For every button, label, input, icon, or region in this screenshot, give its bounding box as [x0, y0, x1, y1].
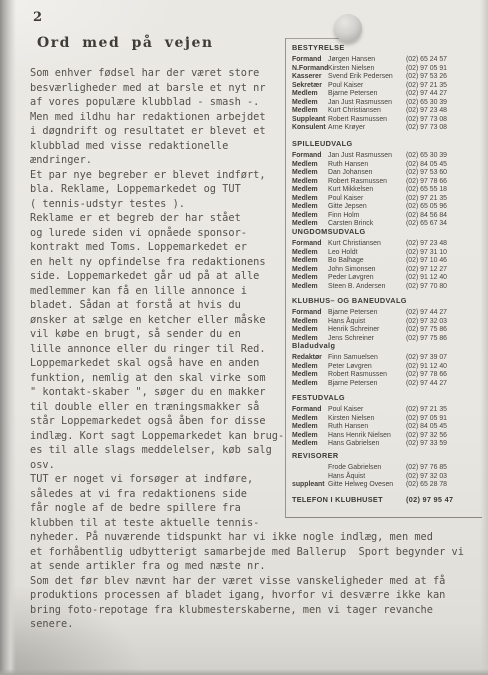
member-phone: (02) 97 32 03 [406, 473, 476, 482]
member-role: Medlem [292, 432, 328, 441]
member-row: FormandKurt Christiansen(02) 97 23 48 [292, 240, 476, 249]
member-name: Hans Åquist [328, 473, 406, 482]
member-name: Ruth Hansen [328, 161, 406, 170]
member-row: MedlemRuth Hansen(02) 84 05 45 [292, 423, 476, 432]
member-name: Finn Samuelsen [328, 354, 406, 363]
member-role [292, 473, 328, 482]
member-row: MedlemRobert Rasmussen(02) 97 78 66 [292, 178, 476, 187]
member-role: Medlem [292, 99, 328, 108]
member-name: Poul Kaiser [328, 406, 406, 415]
member-row: MedlemPoul Kaiser(02) 97 21 35 [292, 195, 476, 204]
member-row: N.FormandKirsten Nielsen(02) 97 05 91 [292, 65, 476, 74]
member-name: Finn Holm [328, 212, 406, 221]
member-row: MedlemHenrik Schreiner(02) 97 75 86 [292, 326, 476, 335]
member-phone: (02) 84 05 45 [406, 161, 476, 170]
member-phone: (02) 97 70 80 [406, 283, 476, 292]
member-row: MedlemHans Åquist(02) 97 32 03 [292, 318, 476, 327]
member-role [292, 464, 328, 473]
member-role: Sekretær [292, 82, 328, 91]
member-name: Kurt Christiansen [328, 240, 406, 249]
member-row: FormandJan Just Rasmussen(02) 65 30 39 [292, 152, 476, 161]
member-role: Formand [292, 406, 328, 415]
member-phone: (02) 97 53 60 [406, 169, 476, 178]
member-name: Arne Krøyer [328, 124, 406, 133]
section-title: KLUBHUS– OG BANEUDVALG [292, 296, 476, 305]
member-role: Medlem [292, 203, 328, 212]
member-phone: (02) 97 21 35 [406, 195, 476, 204]
member-phone: (02) 97 73 08 [406, 124, 476, 133]
member-phone: (02) 97 12 27 [406, 266, 476, 275]
member-phone: (02) 97 78 66 [406, 178, 476, 187]
member-name: Dan Johansen [328, 169, 406, 178]
member-row: MedlemRobert Rasmussen(02) 97 78 66 [292, 371, 476, 380]
member-row: MedlemBjarne Petersen(02) 97 44 27 [292, 90, 476, 99]
member-name: Svend Erik Pedersen [328, 73, 406, 82]
member-row: FormandPoul Kaiser(02) 97 21 35 [292, 406, 476, 415]
directory-section: FESTUDVALGFormandPoul Kaiser(02) 97 21 3… [292, 393, 476, 449]
article-line: klubben til at teste aktuelle tennis- [30, 517, 480, 532]
member-name: Ruth Hansen [328, 423, 406, 432]
member-phone: (02) 65 30 39 [406, 152, 476, 161]
member-row: MedlemJan Just Rasmussen(02) 65 30 39 [292, 99, 476, 108]
directory-section: REVISORERFrode Gabrielsen(02) 97 76 85Ha… [292, 451, 476, 490]
member-row: SuppleantRobert Rasmussen(02) 97 73 08 [292, 116, 476, 125]
member-role: Medlem [292, 274, 328, 283]
article-line: et forhåbentlig udbytterigt samarbejde m… [30, 546, 480, 561]
directory-section: SPILLEUDVALGFormandJan Just Rasmussen(02… [292, 139, 476, 229]
member-row: MedlemFinn Holm(02) 84 56 84 [292, 212, 476, 221]
section-title: Bladudvalg [292, 341, 476, 350]
member-phone: (02) 65 05 96 [406, 203, 476, 212]
member-name: Poul Kaiser [328, 195, 406, 204]
member-row: MedlemDan Johansen(02) 97 53 60 [292, 169, 476, 178]
member-name: Jørgen Hansen [328, 56, 406, 65]
member-row: MedlemGitte Jepsen(02) 65 05 96 [292, 203, 476, 212]
article-line: nyheder. På nuværende tidspunkt har vi i… [30, 531, 480, 546]
member-phone: (02) 97 32 56 [406, 432, 476, 441]
directory-section: BladudvalgRedaktørFinn Samuelsen(02) 97 … [292, 341, 476, 388]
member-row: MedlemBjarne Petersen(02) 97 44 27 [292, 380, 476, 389]
member-phone: (02) 97 05 91 [406, 65, 476, 74]
member-name: Kirsten Nielsen [328, 65, 406, 74]
member-role: Medlem [292, 415, 328, 424]
member-row: MedlemKirsten Nielsen(02) 97 05 91 [292, 415, 476, 424]
member-phone: (02) 97 39 07 [406, 354, 476, 363]
section-title: REVISORER [292, 451, 476, 460]
member-name: Frode Gabrielsen [328, 464, 406, 473]
member-role: Medlem [292, 257, 328, 266]
member-name: Bjarne Petersen [328, 309, 406, 318]
member-name: Robert Rasmussen [328, 371, 406, 380]
member-row: MedlemHans Gabrielsen(02) 97 33 59 [292, 440, 476, 449]
member-phone: (02) 91 12 40 [406, 274, 476, 283]
member-row: MedlemLeo Holdt(02) 97 31 10 [292, 249, 476, 258]
article-line: produktions processen af bladet igang, h… [30, 589, 480, 604]
article-line: senere. [30, 618, 480, 633]
member-name: Peter Løvgren [328, 363, 406, 372]
clubhouse-phone-label: TELEFON I KLUBHUSET [292, 495, 406, 504]
member-row: MedlemBo Balhage(02) 97 10 46 [292, 257, 476, 266]
member-row: FormandBjarne Petersen(02) 97 44 27 [292, 309, 476, 318]
member-phone: (02) 84 05 45 [406, 423, 476, 432]
member-phone: (02) 97 78 66 [406, 371, 476, 380]
member-role: Konsulent [292, 124, 328, 133]
member-phone: (02) 97 31 10 [406, 249, 476, 258]
clubhouse-phone-number: (02) 97 95 47 [406, 495, 476, 504]
section-title: UNGDOMSUDVALG [292, 227, 476, 236]
member-phone: (02) 65 24 57 [406, 56, 476, 65]
member-row: Hans Åquist(02) 97 32 03 [292, 473, 476, 482]
member-row: Frode Gabrielsen(02) 97 76 85 [292, 464, 476, 473]
member-name: Bo Balhage [328, 257, 406, 266]
directory-section: KLUBHUS– OG BANEUDVALGFormandBjarne Pete… [292, 296, 476, 343]
member-name: Bjarne Petersen [328, 380, 406, 389]
member-row: KassererSvend Erik Pedersen(02) 97 53 26 [292, 73, 476, 82]
member-role: Medlem [292, 283, 328, 292]
member-role: Medlem [292, 363, 328, 372]
member-phone: (02) 97 23 48 [406, 107, 476, 116]
member-name: Robert Rasmussen [328, 178, 406, 187]
member-name: Gitte Helweg Ovesen [328, 481, 406, 490]
member-name: John Simonsen [328, 266, 406, 275]
tennis-ball-icon [334, 14, 362, 42]
member-role: Formand [292, 152, 328, 161]
article-line: Som det før blev nævnt har der været vis… [30, 575, 480, 590]
member-phone: (02) 97 44 27 [406, 380, 476, 389]
member-phone: (02) 97 44 27 [406, 90, 476, 99]
member-name: Kurt Christiansen [328, 107, 406, 116]
member-phone: (02) 91 12 40 [406, 363, 476, 372]
member-role: Redaktør [292, 354, 328, 363]
member-role: Formand [292, 56, 328, 65]
member-role: Medlem [292, 326, 328, 335]
member-role: Medlem [292, 380, 328, 389]
member-role: Medlem [292, 249, 328, 258]
member-phone: (02) 97 53 26 [406, 73, 476, 82]
member-name: Gitte Jepsen [328, 203, 406, 212]
member-role: Medlem [292, 195, 328, 204]
member-role: Formand [292, 309, 328, 318]
member-name: Hans Henrik Nielsen [328, 432, 406, 441]
member-role: Medlem [292, 107, 328, 116]
directory-section: BESTYRELSEFormandJørgen Hansen(02) 65 24… [292, 43, 476, 133]
article-line: at sende artikler fra og med næste nr. [30, 560, 480, 575]
page-number: 2 [33, 10, 42, 25]
member-name: Hans Gabrielsen [328, 440, 406, 449]
member-phone: (02) 65 55 18 [406, 186, 476, 195]
member-row: MedlemSteen B. Andersen(02) 97 70 80 [292, 283, 476, 292]
member-name: Kurt Mikkelsen [328, 186, 406, 195]
member-role: Medlem [292, 423, 328, 432]
page-left-edge-shadow [0, 0, 16, 675]
member-phone: (02) 97 21 35 [406, 82, 476, 91]
member-phone: (02) 97 73 08 [406, 116, 476, 125]
member-row: MedlemPeter Løvgren(02) 91 12 40 [292, 363, 476, 372]
member-phone: (02) 97 33 59 [406, 440, 476, 449]
member-row: MedlemKurt Mikkelsen(02) 65 55 18 [292, 186, 476, 195]
member-row: SekretærPoul Kaiser(02) 97 21 35 [292, 82, 476, 91]
member-phone: (02) 97 21 35 [406, 406, 476, 415]
member-role: Kasserer [292, 73, 328, 82]
member-phone: (02) 65 30 39 [406, 99, 476, 108]
member-name: Leo Holdt [328, 249, 406, 258]
member-phone: (02) 97 75 86 [406, 326, 476, 335]
page-bottom-edge-shadow [0, 669, 488, 675]
member-phone: (02) 97 05 91 [406, 415, 476, 424]
member-row: MedlemRuth Hansen(02) 84 05 45 [292, 161, 476, 170]
member-role: Medlem [292, 266, 328, 275]
member-name: Jan Just Rasmussen [328, 99, 406, 108]
member-role: Formand [292, 240, 328, 249]
member-name: Steen B. Andersen [328, 283, 406, 292]
member-role: Medlem [292, 186, 328, 195]
member-name: Robert Rasmussen [328, 116, 406, 125]
member-row: KonsulentArne Krøyer(02) 97 73 08 [292, 124, 476, 133]
member-name: Bjarne Petersen [328, 90, 406, 99]
member-phone: (02) 97 44 27 [406, 309, 476, 318]
section-title: BESTYRELSE [292, 43, 476, 52]
member-row: suppleantGitte Helweg Ovesen(02) 65 28 7… [292, 481, 476, 490]
member-role: Suppleant [292, 116, 328, 125]
section-title: FESTUDVALG [292, 393, 476, 402]
member-role: Medlem [292, 440, 328, 449]
directory-box: TELEFON I KLUBHUSET (02) 97 95 47 BESTYR… [285, 38, 482, 518]
directory-section: UNGDOMSUDVALGFormandKurt Christiansen(02… [292, 227, 476, 291]
clubhouse-phone-row: TELEFON I KLUBHUSET (02) 97 95 47 [292, 495, 476, 504]
section-title: SPILLEUDVALG [292, 139, 476, 148]
member-phone: (02) 97 23 48 [406, 240, 476, 249]
member-row: MedlemJohn Simonsen(02) 97 12 27 [292, 266, 476, 275]
member-row: FormandJørgen Hansen(02) 65 24 57 [292, 56, 476, 65]
article-title: Ord med på vejen [37, 35, 214, 51]
member-row: RedaktørFinn Samuelsen(02) 97 39 07 [292, 354, 476, 363]
member-phone: (02) 97 32 03 [406, 318, 476, 327]
member-role: Medlem [292, 90, 328, 99]
member-name: Hans Åquist [328, 318, 406, 327]
member-role: suppleant [292, 481, 328, 490]
member-name: Jan Just Rasmussen [328, 152, 406, 161]
member-phone: (02) 84 56 84 [406, 212, 476, 221]
member-role: Medlem [292, 318, 328, 327]
member-name: Henrik Schreiner [328, 326, 406, 335]
member-role: Medlem [292, 161, 328, 170]
member-role: Medlem [292, 169, 328, 178]
scanned-newsletter-page: 2 Ord med på vejen Som enhver fødsel har… [0, 0, 488, 675]
member-role: Medlem [292, 178, 328, 187]
article-line: bring foto-repotage fra klubmesterskaber… [30, 604, 480, 619]
member-role: Medlem [292, 371, 328, 380]
member-name: Peder Løvgren [328, 274, 406, 283]
member-name: Poul Kaiser [328, 82, 406, 91]
member-row: MedlemPeder Løvgren(02) 91 12 40 [292, 274, 476, 283]
member-role: Medlem [292, 212, 328, 221]
member-phone: (02) 97 10 46 [406, 257, 476, 266]
member-phone: (02) 65 28 78 [406, 481, 476, 490]
member-phone: (02) 97 76 85 [406, 464, 476, 473]
member-row: MedlemKurt Christiansen(02) 97 23 48 [292, 107, 476, 116]
member-role: N.Formand [292, 65, 328, 74]
member-name: Kirsten Nielsen [328, 415, 406, 424]
member-row: MedlemHans Henrik Nielsen(02) 97 32 56 [292, 432, 476, 441]
